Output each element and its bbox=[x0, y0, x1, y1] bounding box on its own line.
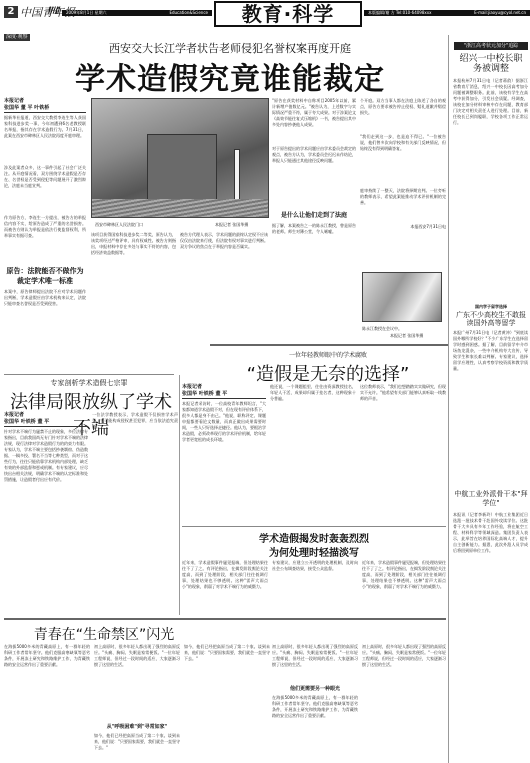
lead-col-5: 个开庭。双方当事人都在法庭上陈述了各自的观点，原告方要求被告停止侵权、赔礼道歉并… bbox=[360, 98, 446, 230]
left-mid-divider bbox=[179, 375, 180, 615]
middle-byline-names: 张国华 叶铁桥 董 平 bbox=[182, 391, 266, 399]
middle-kicker: 一位年轻教师眼中的学术腐败 bbox=[210, 350, 446, 359]
bottom-col4-para: 初上高原时，很多年轻人都出现了强烈的高原反应。"头痛、胸闷、失眠是家常便饭。"一… bbox=[272, 644, 358, 682]
left-mid-col-1: 本报记者 张国华 叶铁桥 董 平 针对学术不端行为屡禁不止的现象，多位法律专家指… bbox=[4, 412, 88, 619]
lower-mid-headline-1: 学术造假揭发时轰轰烈烈 bbox=[182, 530, 446, 545]
lower-mid-col-3: 近年来，学术造假事件屡见报端，但处理结果往往不了了之。有评论指出，在揭发阶段舆论… bbox=[362, 560, 446, 615]
masthead-bar-left: 2009年8月1日 星期六 Education&Science bbox=[62, 10, 212, 16]
lead-col5-para-2: "我们走到这一步，也是迫不得已。"一位被告说，他们曾多次向学校和有关部门反映情况… bbox=[360, 134, 446, 188]
masthead-bar-right: 本版编辑/谢 方 Tel:010-64098xxx E-mail:jiaoyu@… bbox=[364, 10, 530, 16]
bottom-col-3: 如今，他们已经把高原当成了第二个家。谈到未来，他们说："只要国家需要，我们就会一… bbox=[184, 644, 270, 760]
bottom-col-5: 初上高原时，很多年轻人都出现了强烈的高原反应。"头痛、胸闷、失眠是家常便饭。"一… bbox=[362, 644, 446, 760]
lead-subhead: 原告：法院能否不做作为裁定学术唯一标准 bbox=[4, 266, 86, 286]
bottom-headline: 青春在“生命禁区”闪光 bbox=[4, 624, 204, 644]
middle-byline-source: 本报记者 bbox=[182, 384, 266, 391]
bottom-col-2: 初上高原时，很多年轻人都出现了强烈的高原反应。"头痛、胸闷、失眠是家常便饭。"一… bbox=[94, 644, 180, 763]
middle-col-2: 他还说，一个课题组里，往往由资深教授挂名，年轻人干活，成果却归属于挂名者，这种现… bbox=[270, 384, 356, 522]
lead-photo-courthouse bbox=[91, 98, 269, 218]
lead-photo-caption: 西安市碑林区人民法院门口 bbox=[95, 222, 143, 228]
left-mid-col-2: 一位法学教授表示，学术造假不仅损害学术声誉，也可能构成侵权甚至犯罪，应当依法追究… bbox=[92, 412, 178, 612]
middle-col-3: 这位教师表示，"我们也想踏踏实实做研究，但现实不允许。"他希望有关部门能够认真听… bbox=[360, 384, 446, 522]
left-mid-byline-names: 张国华 叶铁桥 董 平 bbox=[4, 419, 88, 427]
lead-photo2-credit: 本报记者 张国华摄 bbox=[390, 333, 423, 339]
lead-col4-para-1: "原告在获奖材料中自称项目2005年以前，累计新增产值数亿元。"被告认为，上述数… bbox=[272, 98, 356, 146]
lead-col4-para-2: 对于原告提出的学术问题应由学术委员会裁定的观点，被告方认为，学术委员会迟迟未作结… bbox=[272, 146, 356, 206]
bottom-col-1: 在海拔5000多米的青藏高原上，有一群年轻的科研工作者常年坚守。他们克服高寒缺氧… bbox=[4, 644, 90, 760]
lead-col5-para-3: 庭审持续了一整天，法院将择期宣判。一位旁听的教师表示，希望此案能推动学术评价机制… bbox=[360, 188, 446, 224]
lead-col4-subhead: 是什么让他们走到了法庭 bbox=[272, 210, 356, 219]
editor-line: 本版编辑/谢 方 Tel:010-64098xxx bbox=[368, 10, 431, 16]
lower-mid-top-rule bbox=[182, 526, 446, 527]
sidebar-body-1: 本报杭州7月31日电（记者蒋韵）据浙江省教育厅消息，绍兴一中校长因高考加分问题被… bbox=[453, 78, 528, 296]
lead-headline: 学术造假究竟谁能裁定 bbox=[40, 54, 420, 98]
lower-mid-headline-2: 为何处理时轻描淡写 bbox=[182, 544, 446, 559]
lead-photo-meeting bbox=[362, 272, 442, 322]
left-mid-byline-source: 本报记者 bbox=[4, 412, 88, 419]
sidebar-headline-2: 广东不少高校生不敢报读国外高等留学 bbox=[454, 311, 528, 327]
middle-headline: “造假是无奈的选择” bbox=[210, 360, 446, 386]
bottom-col4-subhead: 他们更需要另一种眼光 bbox=[272, 685, 358, 692]
section-tag: 深度·观察 bbox=[4, 34, 30, 41]
bottom-top-rule bbox=[4, 618, 446, 620]
middle-col-1: 本报记者 张国华 叶铁桥 董 平 本报记者采访时，一位高校青年教师坦言，"大家都… bbox=[182, 384, 266, 521]
lead-para-2: 涉及此案者众多，这一事件引起了社会广泛关注。从开庭情况看，双方围绕学术造假是否存… bbox=[4, 165, 86, 215]
lead-col5-para-1: 个开庭。双方当事人都在法庭上陈述了各自的观点，原告方要求被告停止侵权、赔礼道歉并… bbox=[360, 98, 446, 134]
sidebar-body-3: 本报讯（记者李新玲）中航工业集团近日选派一批技术骨干赴国外攻读学位。这批骨干大多… bbox=[453, 512, 528, 760]
middle-top-rule bbox=[210, 344, 448, 346]
lead-photo2-caption: 陈永江教授在会议中。 bbox=[362, 326, 402, 332]
sidebar-body-2: 本报广州7月31日电（记者黄冲）"到底读国外哪所学校好？"不少广东学生在选择留学… bbox=[453, 330, 528, 480]
lead-col-2: 该项目获得国家科技进步奖二等奖，原告认为，该奖项经过严格评审，具有权威性。被告方… bbox=[91, 232, 176, 280]
sidebar-tag-2: 国内学子留学选择 bbox=[454, 304, 528, 310]
email: E-mail:jiaoyu@cyol.net.cn bbox=[474, 10, 526, 16]
lead-col-1: 本报记者 张国华 董 平 叶铁桥 据新华社报道，西安交大教授李连生等人获国家科技… bbox=[4, 98, 86, 311]
middle-para-1: 本报记者采访时，一位高校青年教师坦言，"大家都知道学术造假不对，但在现有评价体系… bbox=[182, 401, 266, 521]
sidebar-headline-3: 中航工业外派骨干本"拜学位" bbox=[454, 490, 528, 508]
sidebar-tag-1: "浙江高考状元加分"追踪 bbox=[454, 42, 528, 50]
lead-para-1: 据新华社报道，西安交大教授李连生等人获国家科技进步奖一事，今年初遭到6名老教授联… bbox=[4, 115, 86, 165]
byline-names: 张国华 董 平 叶铁桥 bbox=[4, 105, 86, 113]
lead-photo-credit: 本报记者 张国华摄 bbox=[215, 222, 248, 228]
decorative-slashes: ///// bbox=[48, 6, 59, 16]
left-mid-para-1: 针对学术不端行为屡禁不止的现象，多位法律专家指出，目前我国尚无专门针对学术不端的… bbox=[4, 429, 88, 619]
sidebar-headline-1: 绍兴一中校长职务被调整 bbox=[456, 54, 526, 74]
bottom-col2-para: 初上高原时，很多年轻人都出现了强烈的高原反应。"头痛、胸闷、失眠是家常便饭。"一… bbox=[94, 644, 180, 720]
lower-mid-col-1: 近年来，学术造假事件屡见报端，但处理结果往往不了了之。有评论指出，在揭发阶段舆论… bbox=[182, 560, 268, 615]
masthead: 2 中国青年报 ///// 2009年8月1日 星期六 Education&Sc… bbox=[0, 0, 530, 34]
bottom-col4-para-2: 在海拔5000多米的青藏高原上，有一群年轻的科研工作者常年坚守。他们克服高寒缺氧… bbox=[272, 695, 358, 759]
byline-source: 本报记者 bbox=[4, 98, 86, 105]
lead-col4-para-3: 据了解，本案被告之一的陈永江教授，曾是原告的老师。师生对簿公堂，令人唏嘘。 bbox=[272, 223, 356, 253]
lead-col-3: 被告方代理人表示，学术问题的最终认定权不应该仅仅由法院来行使，但法院有权对事实进… bbox=[180, 232, 268, 280]
lower-mid-col-2: 专家建议，应建立公开透明的处理机制，及时向社会公布调查结果，接受公众监督。 bbox=[272, 560, 358, 615]
page-number: 2 bbox=[4, 6, 18, 18]
section-english: Education&Science bbox=[169, 10, 208, 16]
sidebar-divider bbox=[448, 35, 449, 763]
left-mid-kicker: 专家剖析学术造假七宗罪 bbox=[4, 378, 174, 388]
bottom-subhead: 从"呼吸困难"到"寻常如家" bbox=[94, 723, 180, 730]
left-mid-top-rule bbox=[4, 374, 174, 375]
lead-para-4: 本案中，原告律师提出法院不应对学术问题作出判断，学术造假应由学术机构来认定，法院… bbox=[4, 289, 86, 311]
lead-col-4: "原告在获奖材料中自称项目2005年以前，累计新增产值数亿元。"被告认为，上述数… bbox=[272, 98, 356, 253]
section-title: 教育·科学 bbox=[214, 1, 362, 27]
lead-para-3: 作为原告方，李连生一方提出，被告方的举报信内容不实，给原告造成了严重的名誉损害。… bbox=[4, 215, 86, 263]
date-line: 2009年8月1日 星期六 bbox=[66, 10, 107, 16]
lead-col5-credit: 本报西安7月31日电 bbox=[360, 224, 446, 230]
bottom-col-4: 初上高原时，很多年轻人都出现了强烈的高原反应。"头痛、胸闷、失眠是家常便饭。"一… bbox=[272, 644, 358, 759]
bottom-col2-para-2: 如今，他们已经把高原当成了第二个家。谈到未来，他们说："只要国家需要，我们就会一… bbox=[94, 733, 180, 763]
